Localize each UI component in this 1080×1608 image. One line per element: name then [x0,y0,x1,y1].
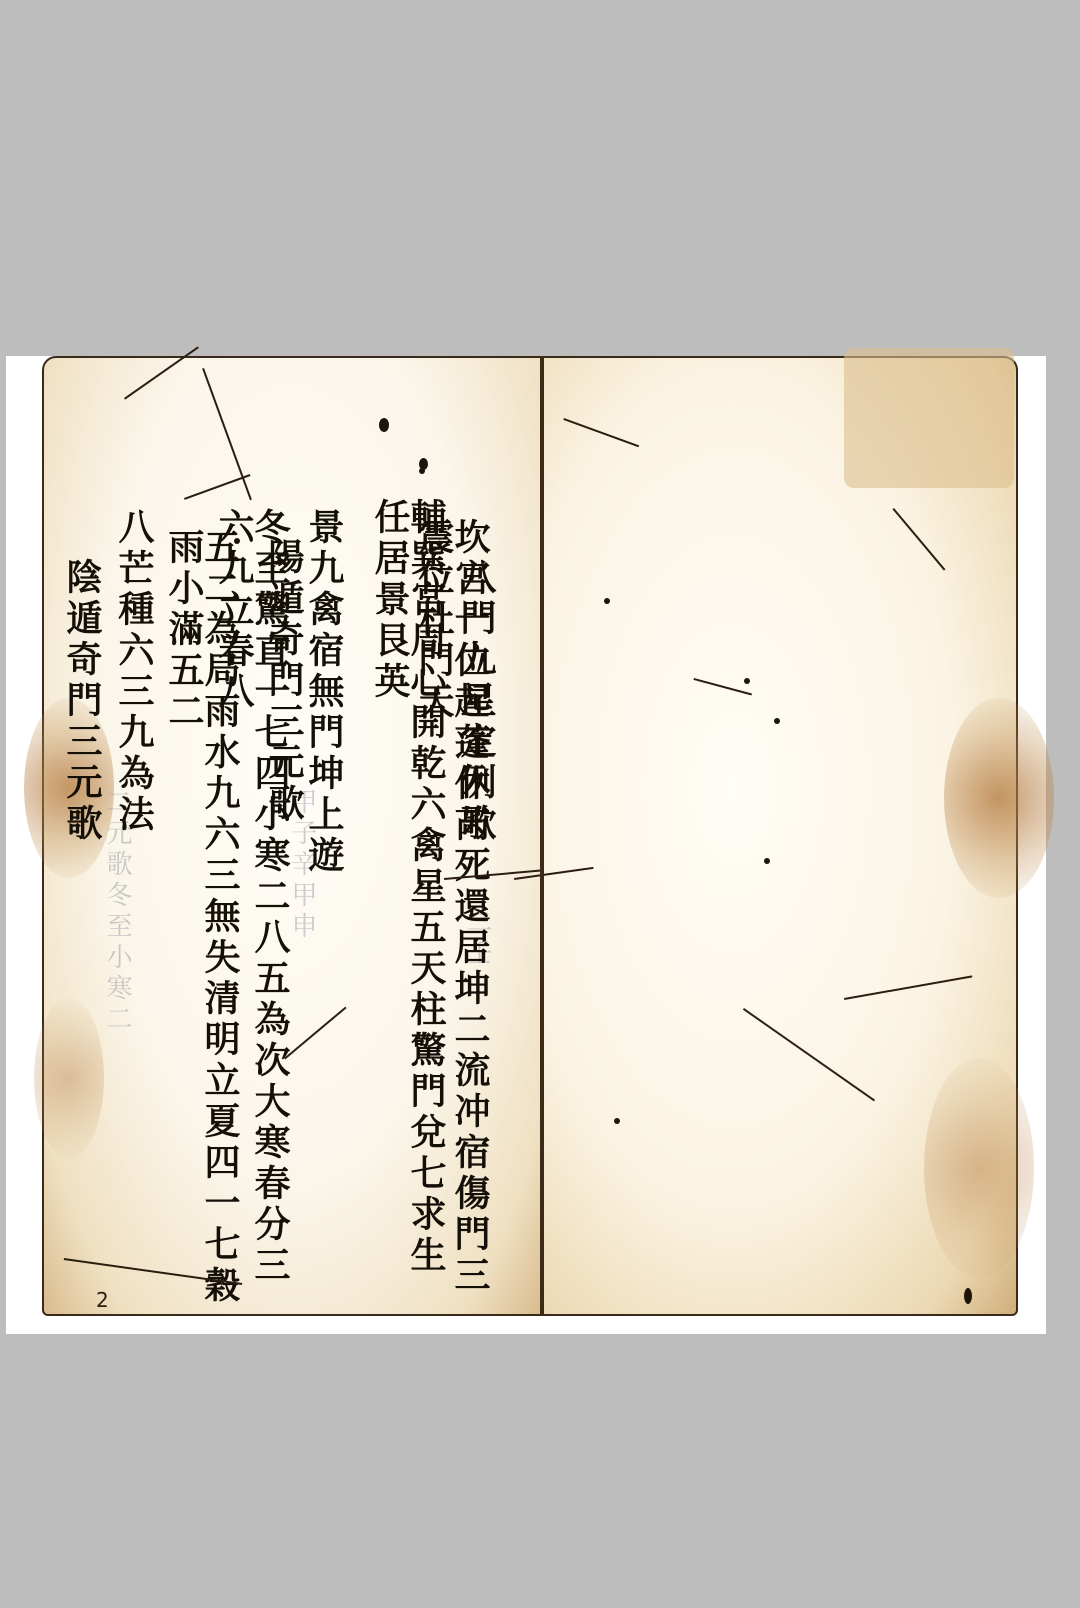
paper-crack [202,368,252,500]
water-stain [924,1058,1034,1278]
paper-crack [124,346,199,399]
right-page [542,356,1018,1316]
wormhole [419,468,425,474]
wormhole [744,678,750,684]
wormhole [234,538,240,544]
text-column: 景九禽宿無門坤上遊 [306,508,342,877]
paper-crack [844,975,972,1000]
paper-crack [284,1007,347,1060]
text-column: 八芒種六三九為法 [116,508,152,836]
paper-crack [743,1008,875,1101]
page-number: 2 [96,1288,109,1312]
text-column: 輔巽宮周心開乾六禽星五天柱驚門兌七求生任居景艮英 [372,498,444,1314]
open-book: 二元歌冬至小寒二 甲子辛甲申 二壬 八門九星定例歌 坎宮一位起蓬休芮死還居坤二流… [36,356,1036,1328]
water-stain [34,998,104,1158]
scanned-photo: 二元歌冬至小寒二 甲子辛甲申 二壬 八門九星定例歌 坎宮一位起蓬休芮死還居坤二流… [6,356,1046,1334]
torn-corner [844,348,1014,488]
left-page: 二元歌冬至小寒二 甲子辛甲申 二壬 八門九星定例歌 坎宮一位起蓬休芮死還居坤二流… [42,356,544,1316]
paper-crack [563,418,639,447]
wormhole [764,858,770,864]
wormhole [604,598,610,604]
book-spine [540,356,544,1316]
wormhole [774,718,780,724]
text-column: 五二為局雨水九六三無失清明立夏四一七穀雨小滿五二 [166,528,238,1314]
paper-crack [184,474,250,500]
water-stain [944,698,1054,898]
paper-crack [892,508,945,571]
wormhole [379,418,389,432]
wormhole [614,1118,620,1124]
heading-yindun: 陰遁奇門三元歌 [64,558,100,845]
wormhole [964,1288,972,1304]
